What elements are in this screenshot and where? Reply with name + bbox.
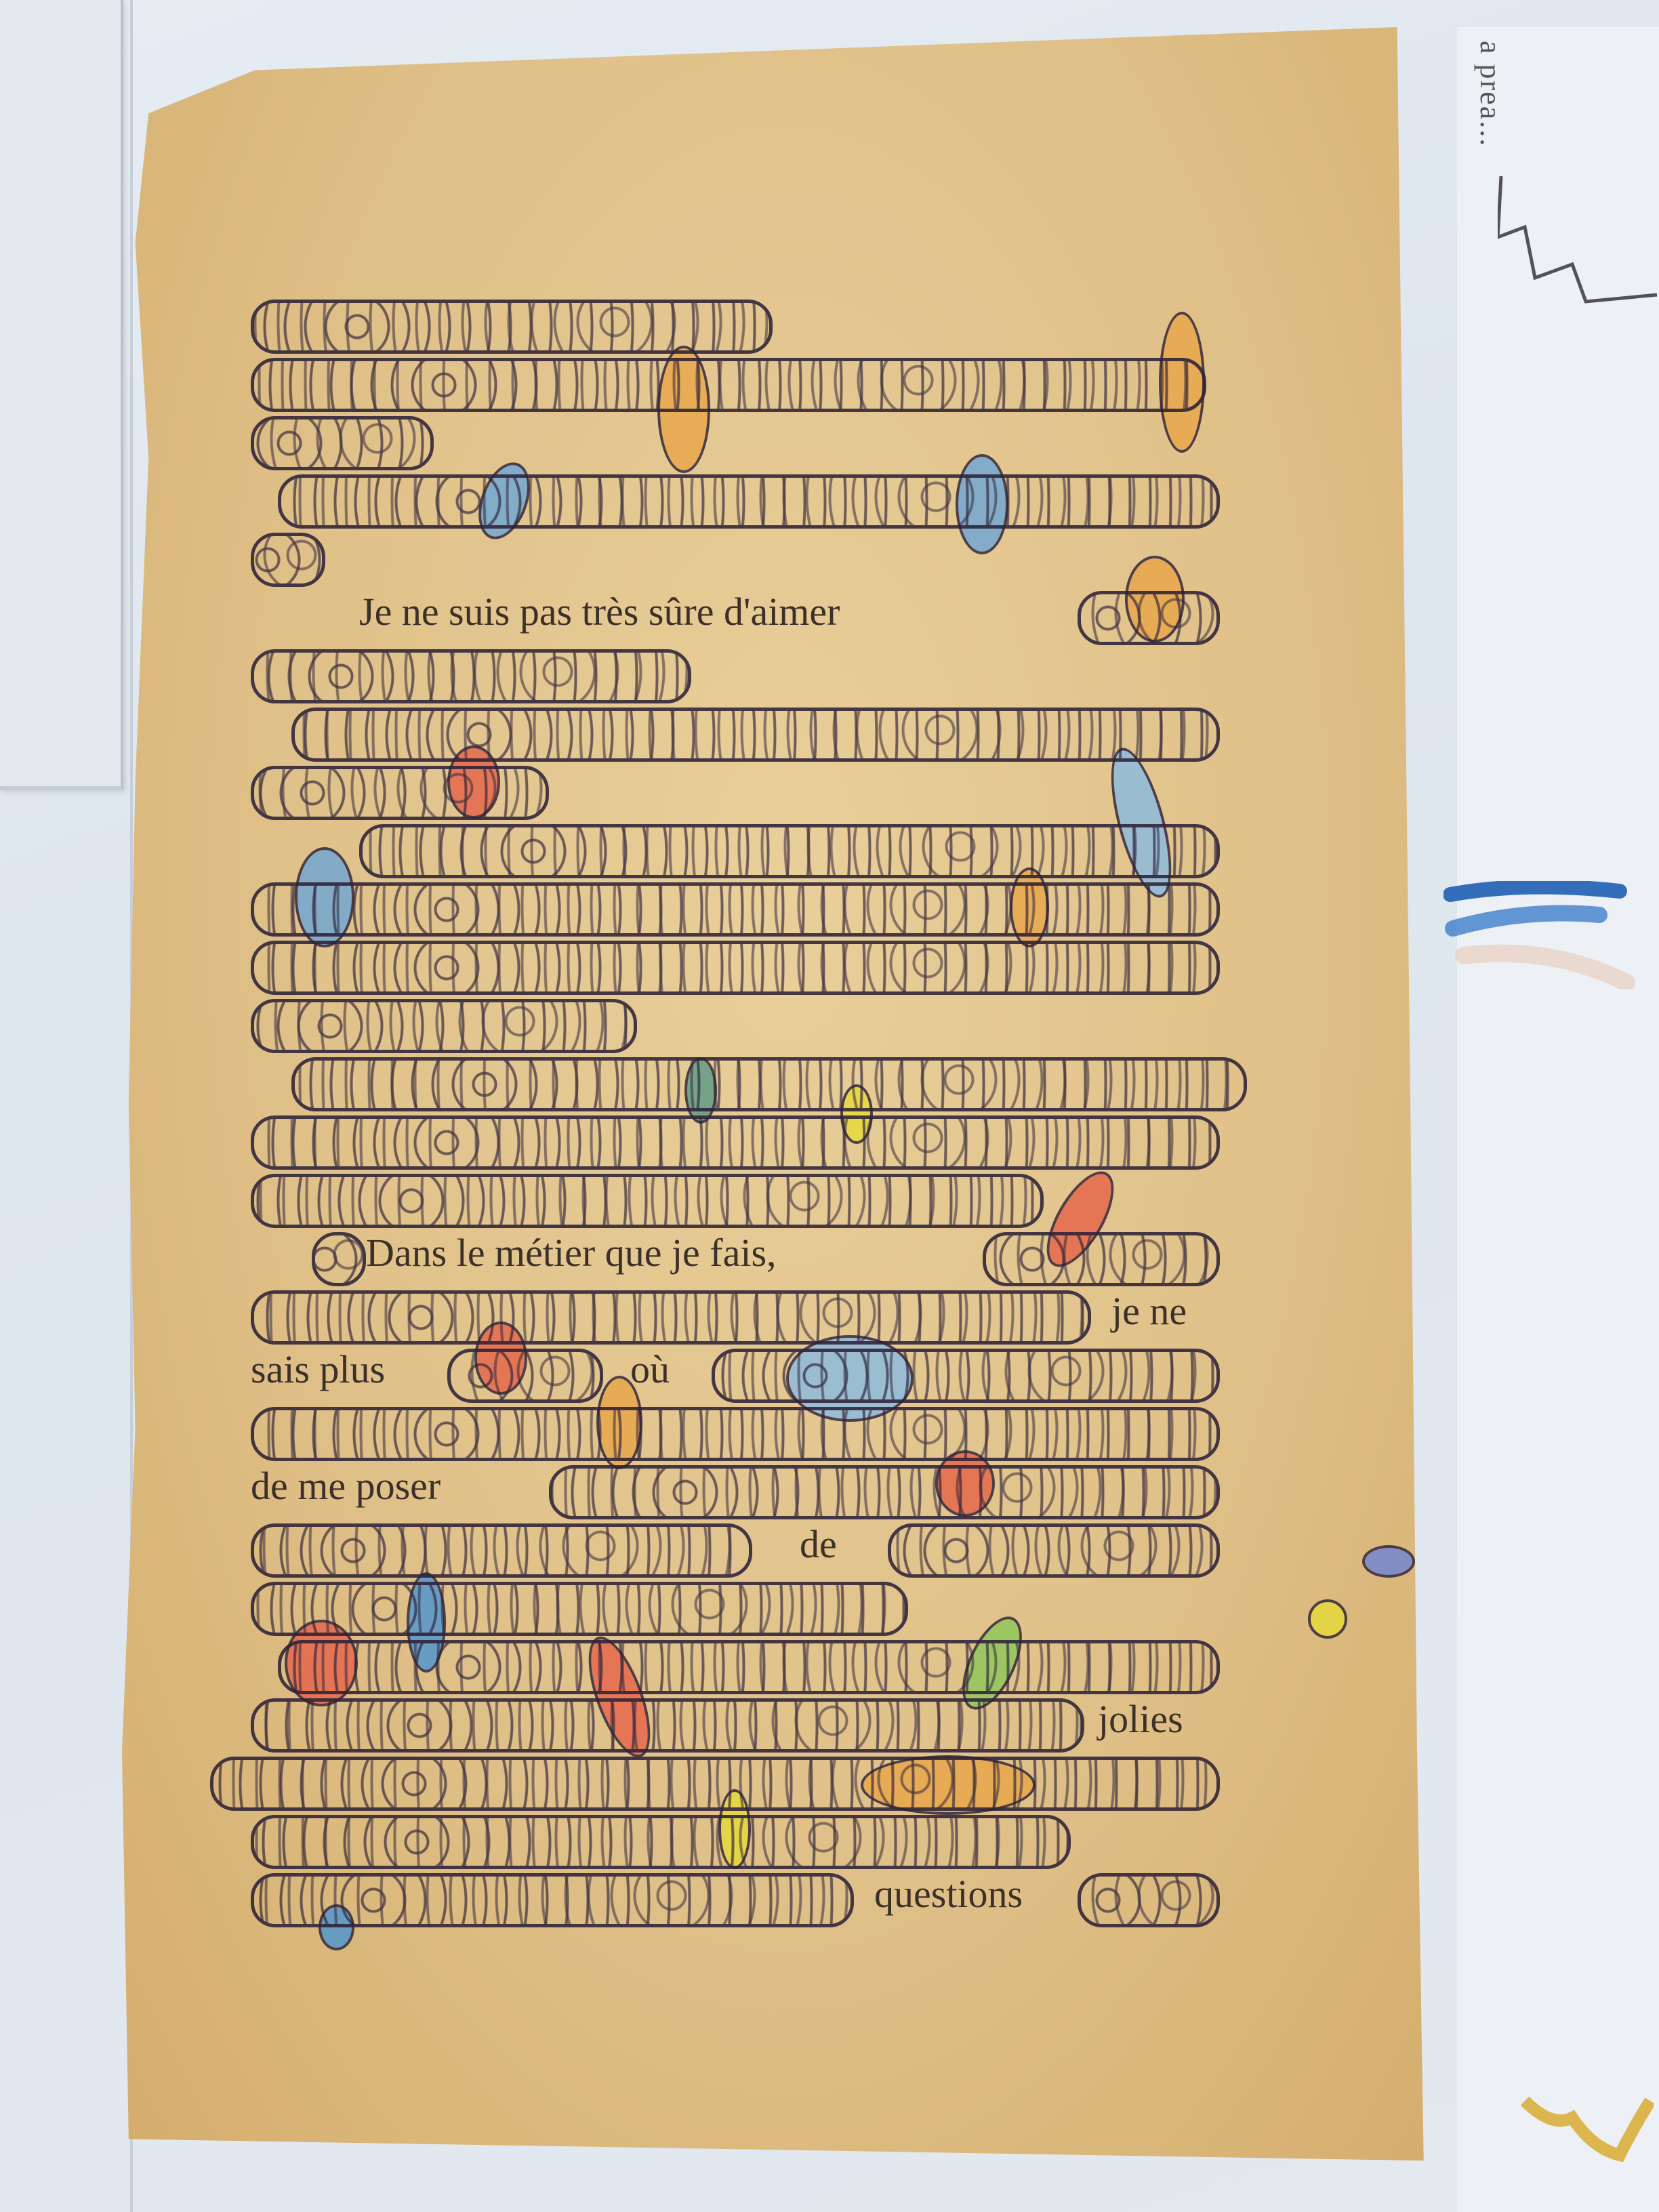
poem-line: de (800, 1515, 837, 1574)
poem-line: Je ne suis pas très sûre d'aimer (359, 583, 840, 641)
ink-scribble (251, 300, 773, 354)
ink-scribble (251, 1698, 1084, 1753)
page-line (251, 874, 1254, 933)
ink-scribble (251, 1815, 1071, 1869)
ink-scribble (251, 1174, 1044, 1228)
ochre-paint-splash (1518, 2087, 1654, 2189)
ink-scribble (251, 999, 637, 1053)
ink-scribble (1078, 1873, 1220, 1927)
page-line: sais plus où (251, 1340, 1254, 1399)
margin-text: a prea... (1473, 41, 1508, 147)
poem-line: de me poser (251, 1457, 441, 1515)
ink-scribble (251, 1407, 1220, 1461)
page-line (251, 1166, 1254, 1224)
page-line: je ne (251, 1282, 1254, 1340)
page-line (251, 1807, 1254, 1865)
ink-scribble (1078, 591, 1220, 645)
ink-scribble (251, 1523, 752, 1578)
page-line (251, 466, 1254, 525)
poem-line: jolies (1098, 1690, 1183, 1748)
page-line: Je ne suis pas très sûre d'aimer (251, 583, 1254, 641)
page-line (251, 758, 1254, 816)
poem-line: questions (874, 1865, 1023, 1923)
page-line (251, 933, 1254, 991)
ink-scribble (291, 708, 1220, 762)
poem-line: sais plus (251, 1340, 385, 1399)
poem-line: Dans le métier que je fais, (366, 1224, 777, 1282)
ink-scribble (359, 824, 1220, 878)
page-line (251, 525, 1254, 583)
ink-scribble (278, 474, 1220, 529)
page-line (251, 991, 1254, 1049)
page-line (251, 1632, 1254, 1690)
blackout-page-text: Je ne suis pas très sûre d'aimer Dans le… (251, 291, 1254, 1923)
ink-scribble (278, 1640, 1220, 1694)
ink-scribble (312, 1232, 366, 1286)
ink-scribble (888, 1523, 1220, 1578)
ink-scribble (251, 1582, 908, 1636)
page-line (251, 699, 1254, 758)
page-line (251, 1049, 1254, 1107)
ink-scribble (251, 766, 549, 820)
page-line: de me poser (251, 1457, 1254, 1515)
page-line (251, 1399, 1254, 1457)
page-line (251, 408, 1254, 466)
page-line: questions (251, 1865, 1254, 1923)
ink-scribble (251, 358, 1206, 412)
page-line: Dans le métier que je fais, (251, 1224, 1254, 1282)
ink-scribble (251, 941, 1220, 995)
ink-scribble (251, 1115, 1220, 1170)
ink-scribble (251, 882, 1220, 937)
ink-scribble (251, 649, 691, 703)
ink-scribble (251, 1290, 1091, 1345)
ink-scribble (251, 1873, 854, 1927)
blue-pencil-strokes (1443, 881, 1647, 989)
side-paper-right (1457, 27, 1659, 2212)
yellow-petal (1308, 1599, 1347, 1639)
ink-scribble (210, 1757, 1220, 1811)
blue-petal (1362, 1545, 1415, 1578)
ink-scribble (447, 1349, 603, 1403)
poem-line: où (630, 1340, 670, 1399)
white-card-left (0, 0, 123, 790)
page-line (251, 641, 1254, 699)
page-line: de (251, 1515, 1254, 1574)
page-line (251, 816, 1254, 874)
page-line: jolies (251, 1690, 1254, 1748)
page-line (251, 1748, 1254, 1807)
page-line (251, 291, 1254, 350)
ink-scribble (712, 1349, 1220, 1403)
ink-scribble (549, 1465, 1220, 1519)
page-line (251, 350, 1254, 408)
ink-squiggle (1498, 176, 1659, 312)
ink-scribble (983, 1232, 1220, 1286)
poem-line: je ne (1111, 1282, 1187, 1340)
ink-scribble (251, 533, 325, 587)
page-line (251, 1107, 1254, 1166)
page-line (251, 1574, 1254, 1632)
ink-scribble (251, 416, 434, 470)
ink-scribble (291, 1057, 1247, 1111)
